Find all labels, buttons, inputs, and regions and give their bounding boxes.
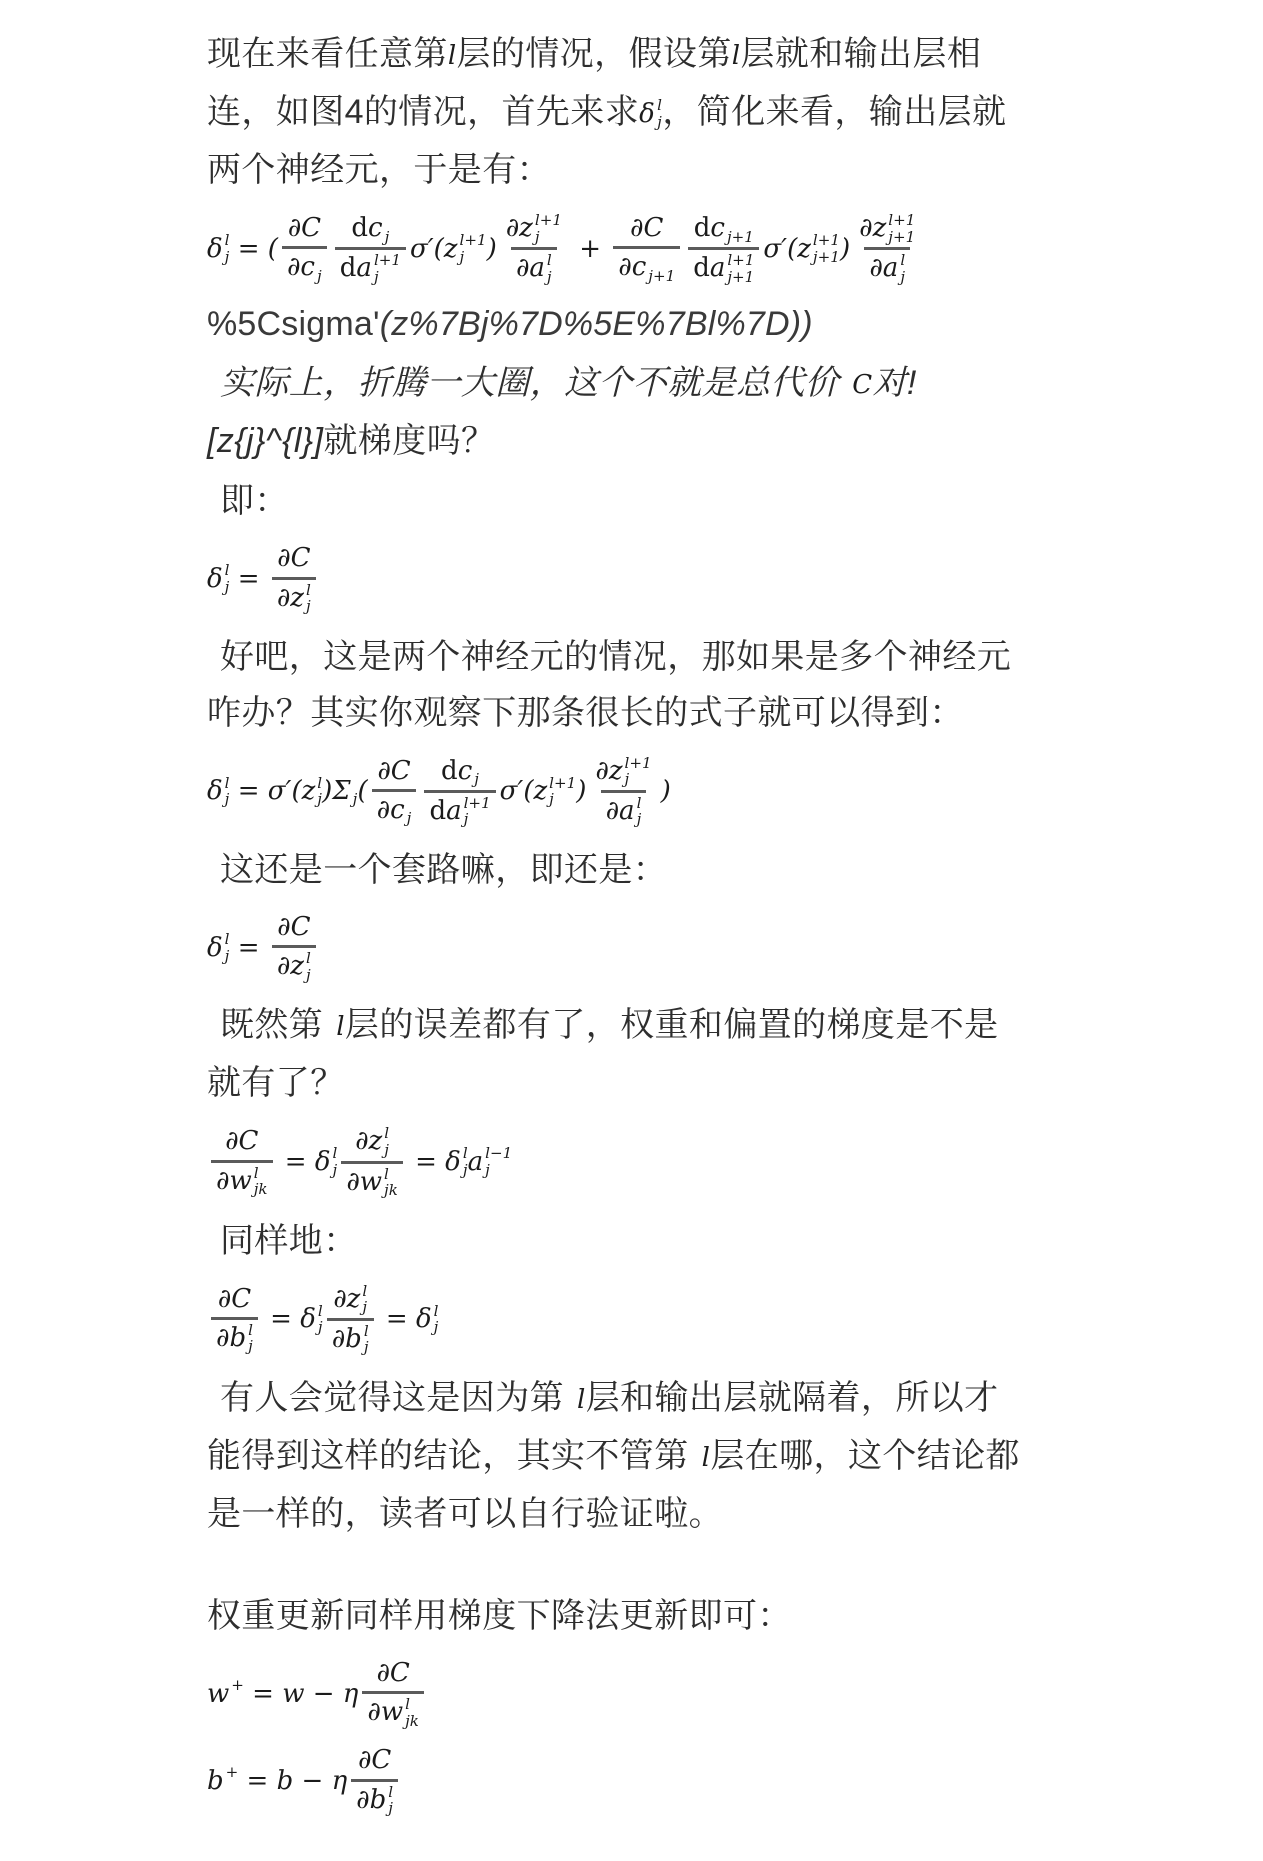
paragraph: 即：: [207, 473, 1022, 529]
math-token: ): [661, 776, 671, 806]
math-token: ∂c j: [377, 794, 412, 827]
math-token: d: [429, 796, 446, 827]
math-token: ∂C: [358, 1745, 391, 1776]
math-token: zl+1j: [533, 775, 576, 808]
sub-sup-stack: l+1j+1: [888, 212, 915, 245]
fraction: ∂C∂blj: [211, 1282, 258, 1357]
math-token: ∂zlj: [355, 1125, 389, 1158]
text-run: [z{j}^{l}]: [207, 422, 323, 460]
sub-sup-stack: l+1j+1: [813, 232, 840, 265]
fraction: dc jdal+1j: [424, 753, 495, 830]
math-token: ∂C: [218, 1284, 251, 1315]
math-token: ∂C: [288, 213, 321, 244]
math-token: δlj: [639, 86, 662, 142]
math-token: ∂wljk: [346, 1166, 398, 1199]
fraction: ∂C∂wljk: [211, 1124, 273, 1199]
math-token: ∂blj: [216, 1322, 253, 1355]
text-run: 有人会觉得这是因为第: [220, 1379, 564, 1417]
fraction: ∂C∂c j: [372, 754, 417, 829]
sub-sup-stack: ljk: [384, 1166, 398, 1199]
math-token: ∂c j+1: [618, 251, 675, 284]
fraction: ∂C∂c j+1: [613, 211, 680, 286]
math-token: l: [323, 999, 345, 1055]
math-token: δlj: [416, 1303, 438, 1336]
text-run: 实际上，折腾一大圈，这个不就是总代价: [220, 364, 839, 402]
inline-math: C: [839, 357, 872, 413]
math-token: d: [441, 756, 458, 787]
sub-sup-stack: l+1j: [535, 212, 562, 245]
formula-block: δlj = ∂C∂zlj: [207, 910, 1022, 985]
sub-sup-stack: l+1j: [374, 252, 401, 285]
math-token: ∂zlj: [333, 1283, 367, 1316]
sub-sup-stack: j+1: [727, 212, 754, 245]
sub-sup-stack: lj: [318, 1303, 323, 1336]
inline-math: l: [448, 28, 457, 84]
sub-sup-stack: +: [226, 1764, 239, 1797]
formula-block: δlj = σ′(zlj)Σ j(∂C∂c jdc jdal+1jσ′(zl+1…: [207, 753, 1022, 830]
math-token: ∂zlj: [277, 950, 311, 983]
math-token: ∂zl+1j+1: [859, 212, 915, 245]
math-token: C: [839, 357, 872, 413]
math-token: ∂C: [377, 756, 410, 787]
math-token: ∂C: [630, 213, 663, 244]
math-token: =: [262, 1304, 300, 1334]
math-token: =: [407, 1147, 445, 1177]
paragraph: 好吧，这是两个神经元的情况，那如果是多个神经元咋办？其实你观察下那条很长的式子就…: [207, 629, 1022, 741]
sub-sup-stack: l−1j: [485, 1145, 512, 1178]
fraction: ∂zlj∂blj: [327, 1281, 374, 1358]
math-token: l: [448, 28, 457, 84]
paragraph: 同样地：: [207, 1213, 1022, 1269]
math-token: +: [571, 234, 609, 264]
sub-sup-stack: l+1j+1: [727, 252, 754, 285]
math-token: b+: [207, 1764, 238, 1797]
fraction: dc jdal+1j: [335, 210, 406, 287]
paragraph: 有人会觉得这是因为第l层和输出层就隔着，所以才能得到这样的结论，其实不管第l层在…: [207, 1370, 1022, 1542]
text-run: (z%7Bj%7D%5E%7Bl%7D)): [380, 305, 813, 343]
text-run: 同样地：: [220, 1222, 358, 1260]
formula-block: w+ = w − η∂C∂wljk: [207, 1656, 1022, 1731]
math-token: ∂zl+1j: [595, 755, 651, 788]
math-token: δlj: [207, 775, 229, 808]
math-token: σ′(: [500, 776, 534, 806]
math-token: ∂blj: [356, 1784, 393, 1817]
formula-block: b+ = b − η∂C∂blj: [207, 1743, 1022, 1818]
sub-sup-stack: lj: [388, 1784, 393, 1817]
math-token: ∂C: [277, 543, 310, 574]
math-token: zl+1j+1: [797, 232, 840, 265]
math-token: = b − η: [238, 1766, 347, 1796]
math-token: d: [340, 253, 357, 284]
math-token: d: [693, 253, 710, 284]
sub-sup-stack: ljk: [254, 1165, 268, 1198]
sub-sup-stack: j: [317, 251, 322, 284]
text-run: 现在来看任意第: [207, 35, 448, 73]
inline-math: l: [564, 1372, 586, 1428]
math-token: σ′(: [763, 234, 797, 264]
math-token: c j: [368, 212, 389, 245]
math-token: δlj: [315, 1145, 337, 1178]
math-token: zl+1j: [444, 232, 487, 265]
text-run: 既然第: [220, 1006, 323, 1044]
sub-sup-stack: lj: [306, 950, 311, 983]
sub-sup-stack: ljk: [405, 1696, 419, 1729]
math-token: δlj: [300, 1303, 322, 1336]
math-token: al+1j+1: [710, 252, 755, 285]
math-token: ∂zl+1j: [506, 212, 562, 245]
text-run: 层的情况，假设第: [457, 35, 732, 73]
fraction: ∂C∂zlj: [272, 541, 316, 616]
math-token: σ′(: [410, 234, 444, 264]
math-token: ): [487, 234, 497, 264]
math-token: Σ j: [332, 775, 357, 808]
math-token: ∂C: [277, 912, 310, 943]
math-token: d: [351, 213, 368, 244]
formula-block: ∂C∂wljk = δlj∂zlj∂wljk = δljal−1j: [207, 1123, 1022, 1200]
text-run: 就梯度吗？: [323, 422, 495, 460]
formula-block: δlj = ∂C∂zlj: [207, 541, 1022, 616]
math-token: c j+1: [710, 212, 753, 245]
fraction: ∂zl+1j∂alj: [501, 210, 567, 287]
paragraph: 权重更新同样用梯度下降法更新即可：: [207, 1588, 1022, 1644]
math-token: ∂C: [225, 1126, 258, 1157]
math-token: (: [357, 776, 367, 806]
math-token: = (: [229, 234, 277, 264]
text-run: 即：: [220, 482, 289, 520]
sub-sup-stack: lj: [900, 252, 905, 285]
math-token: ∂alj: [869, 252, 905, 285]
math-token: ): [576, 776, 586, 806]
fraction: ∂C∂zlj: [272, 910, 316, 985]
math-token: δlj: [207, 232, 229, 265]
math-token: ∂c j: [287, 251, 322, 284]
text-run: 好吧，这是两个神经元的情况，那如果是多个神经元咋办？其实你观察下那条很长的式子就…: [207, 638, 1011, 732]
sub-sup-stack: lj: [384, 1125, 389, 1158]
math-token: = w − η: [244, 1679, 358, 1709]
sub-sup-stack: lj: [637, 795, 642, 828]
fraction: ∂zl+1j∂alj: [590, 753, 656, 830]
formula-block: δlj = (∂C∂c jdc jdal+1jσ′(zl+1j)∂zl+1j∂a…: [207, 210, 1022, 287]
fraction: ∂C∂blj: [351, 1743, 398, 1818]
math-token: al+1j: [446, 795, 491, 828]
sub-sup-stack: +: [231, 1677, 244, 1710]
math-token: ∂C: [376, 1658, 409, 1689]
math-token: l: [689, 1430, 711, 1486]
text-run: [917, 364, 927, 402]
text-run: 这还是一个套路嘛，即还是：: [220, 851, 667, 889]
math-token: l: [564, 1372, 586, 1428]
sub-sup-stack: l+1j: [625, 755, 652, 788]
math-token: ∂blj: [332, 1323, 369, 1356]
sub-sup-stack: lj: [547, 252, 552, 285]
sub-sup-stack: lj: [364, 1323, 369, 1356]
math-token: d: [694, 213, 711, 244]
math-token: ): [322, 776, 332, 806]
math-token: =: [277, 1147, 315, 1177]
math-token: ∂alj: [516, 252, 552, 285]
sub-sup-stack: lj: [306, 582, 311, 615]
sub-sup-stack: l+1j: [464, 795, 491, 828]
math-token: ∂zlj: [277, 582, 311, 615]
math-token: al−1j: [468, 1145, 513, 1178]
math-token: c j: [458, 755, 479, 788]
inline-math: δlj: [639, 86, 662, 142]
math-token: = σ′(: [229, 776, 301, 806]
math-token: δlj: [207, 562, 229, 595]
math-token: w+: [207, 1677, 244, 1710]
paragraph: 现在来看任意第l层的情况，假设第l层就和输出层相连，如图4的情况，首先来求δlj…: [207, 26, 1022, 198]
sub-sup-stack: l+1j: [549, 775, 576, 808]
fraction: dc j+1dal+1j+1: [688, 210, 759, 287]
paragraph: 既然第l层的误差都有了，权重和偏置的梯度是不是就有了？: [207, 997, 1022, 1111]
text-run: 权重更新同样用梯度下降法更新即可：: [207, 1597, 792, 1635]
inline-math: l: [689, 1430, 711, 1486]
sub-sup-stack: j+1: [648, 251, 675, 284]
sub-sup-stack: j: [385, 212, 390, 245]
inline-math: l: [323, 999, 345, 1055]
sub-sup-stack: l+1j: [460, 232, 487, 265]
sub-sup-stack: lj: [362, 1283, 367, 1316]
math-token: ∂wljk: [216, 1165, 268, 1198]
paragraph: 这还是一个套路嘛，即还是：: [207, 842, 1022, 898]
math-token: =: [229, 564, 267, 594]
math-token: =: [378, 1304, 416, 1334]
fraction: ∂C∂wljk: [362, 1656, 424, 1731]
sub-sup-stack: j: [407, 794, 412, 827]
sub-sup-stack: j: [474, 755, 479, 788]
fraction: ∂zl+1j+1∂alj: [854, 210, 920, 287]
fraction: ∂zlj∂wljk: [341, 1123, 403, 1200]
sub-sup-stack: lj: [333, 1145, 338, 1178]
sub-sup-stack: lj: [434, 1303, 439, 1336]
math-token: δlj: [207, 931, 229, 964]
math-token: al+1j: [356, 252, 401, 285]
paragraph: 实际上，折腾一大圈，这个不就是总代价C对! [z{j}^{l}]就梯度吗？: [207, 355, 1022, 469]
encoded-latex-line: %5Csigma'(z%7Bj%7D%5E%7Bl%7D)): [207, 299, 1022, 349]
sub-sup-stack: lj: [248, 1322, 253, 1355]
text-run: 对!: [873, 364, 917, 402]
text-run: %5Csigma': [207, 305, 380, 343]
math-token: =: [229, 933, 267, 963]
math-token: ∂wljk: [367, 1696, 419, 1729]
math-token: ∂alj: [606, 795, 642, 828]
math-token: zlj: [302, 775, 323, 808]
article-content: 现在来看任意第l层的情况，假设第l层就和输出层相连，如图4的情况，首先来求δlj…: [0, 0, 1252, 1861]
math-token: ): [840, 234, 850, 264]
fraction: ∂C∂c j: [282, 211, 327, 286]
formula-block: ∂C∂blj = δlj∂zlj∂blj = δlj: [207, 1281, 1022, 1358]
math-token: δlj: [445, 1145, 467, 1178]
